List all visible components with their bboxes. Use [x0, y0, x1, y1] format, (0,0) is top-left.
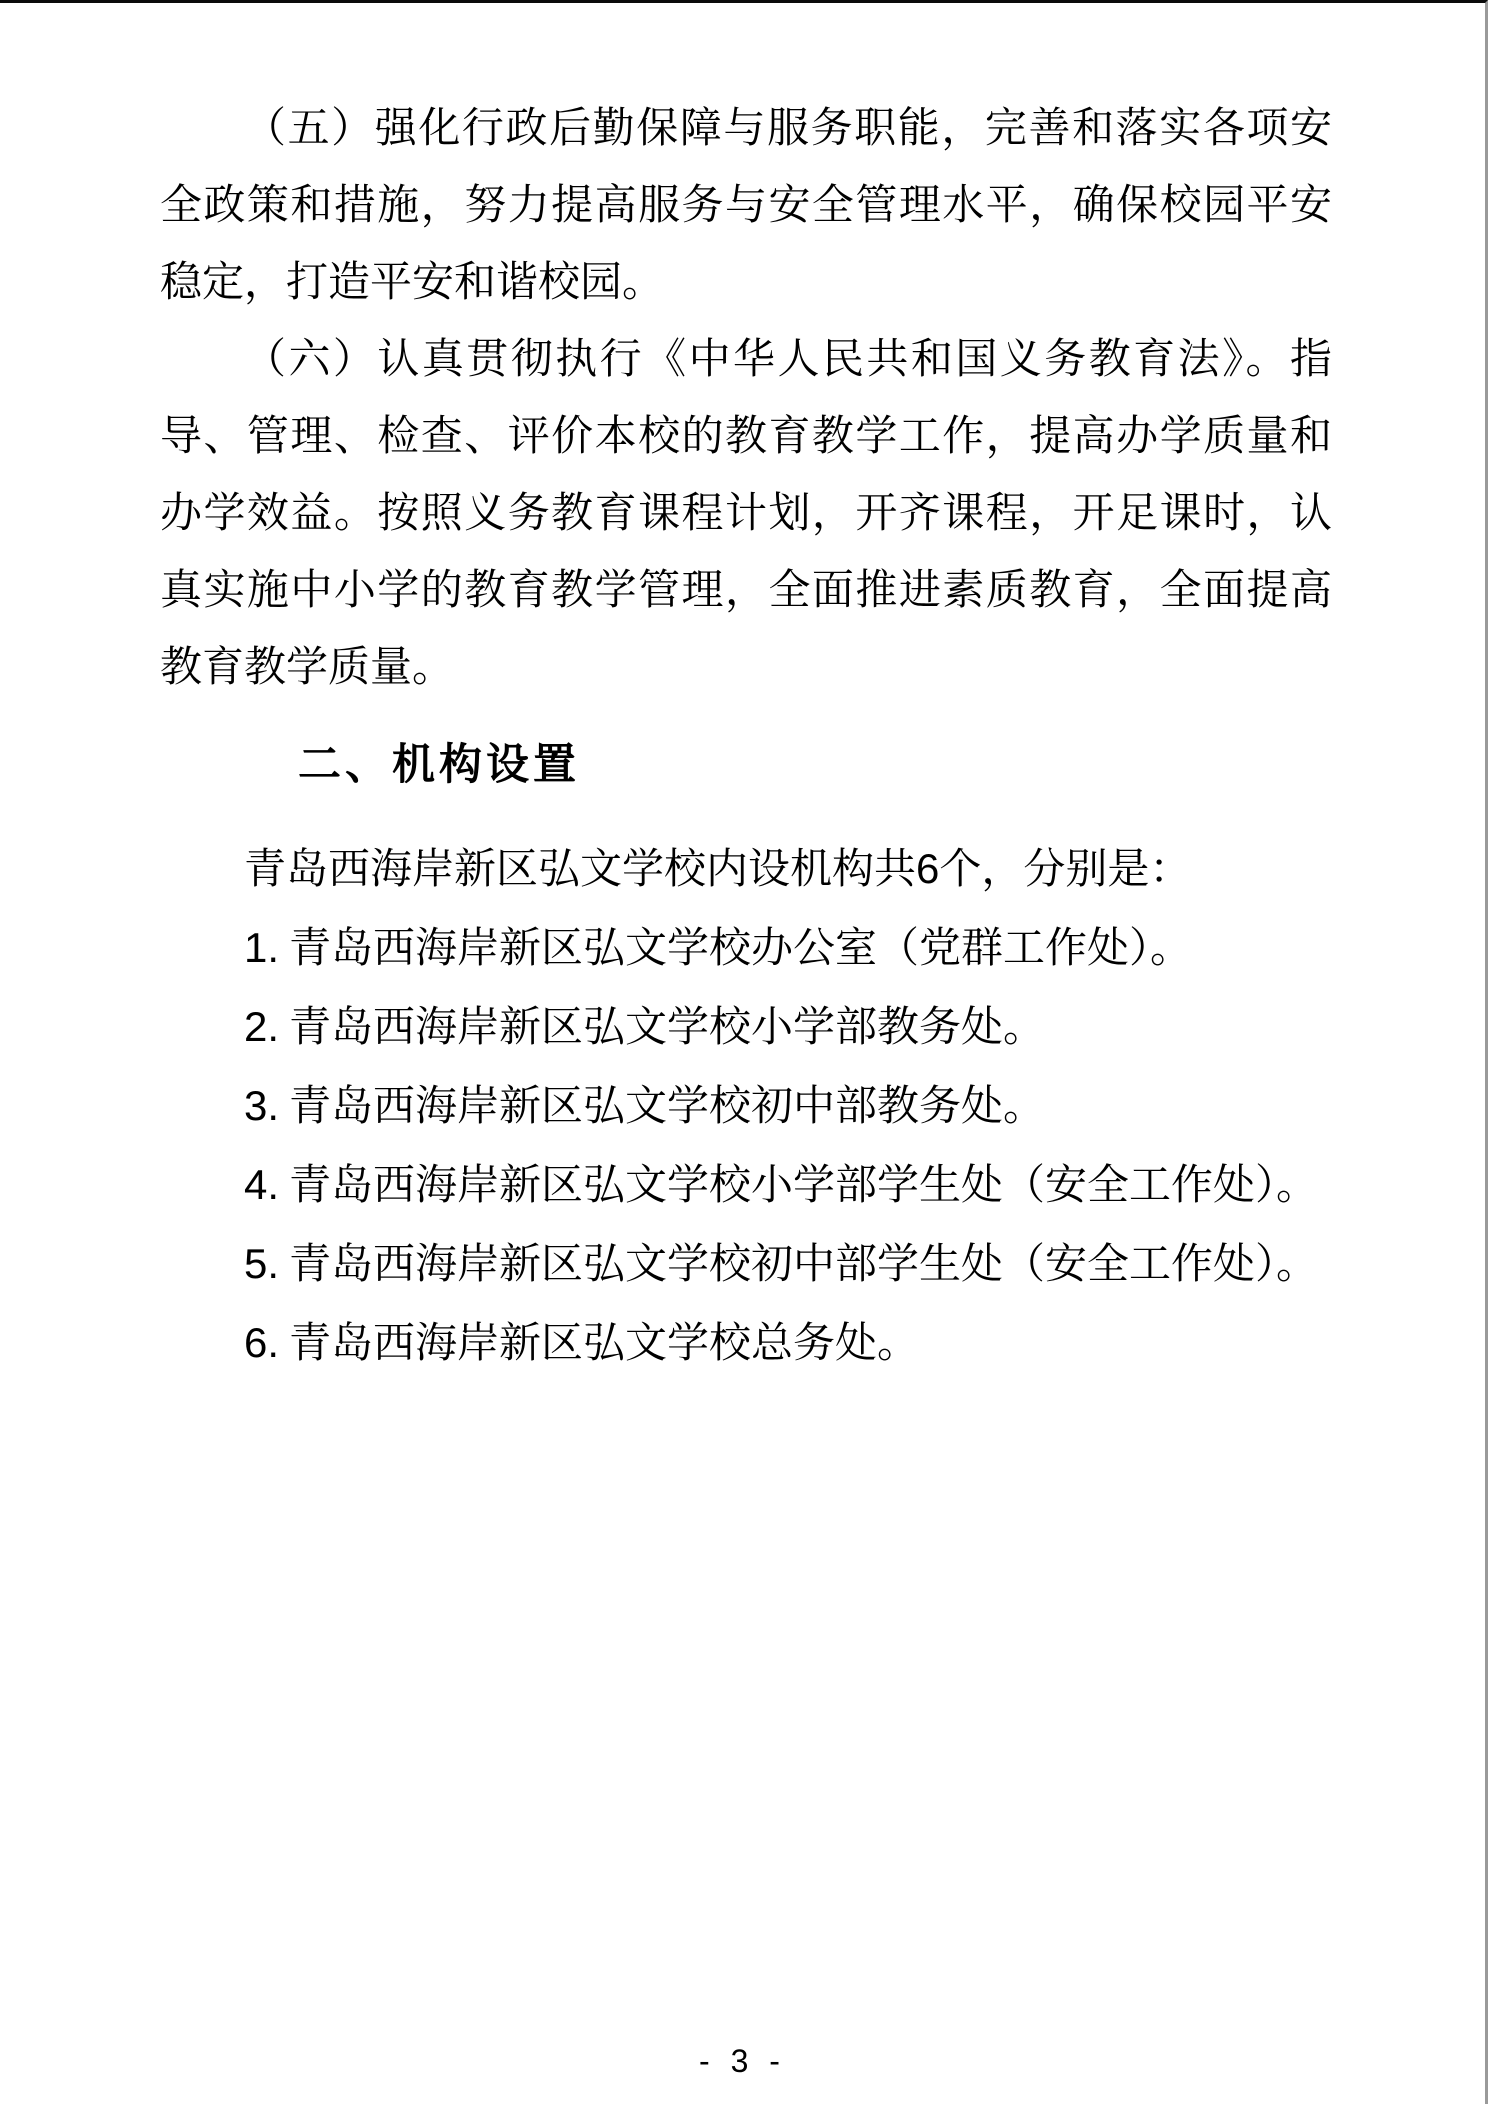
item-text: 青岛西海岸新区弘文学校初中部教务处。 — [289, 1084, 1045, 1130]
paragraph-item-6: （六）认真贯彻执行《中华人民共和国义务教育法》。指导、管理、检查、评价本校的教育… — [160, 322, 1332, 707]
item-number: 1. — [244, 924, 279, 971]
org-intro-suffix: 个，分别是： — [939, 847, 1191, 893]
list-item: 4.青岛西海岸新区弘文学校小学部学生处（安全工作处）。 — [160, 1146, 1332, 1225]
list-item: 1.青岛西海岸新区弘文学校办公室（党群工作处）。 — [160, 909, 1332, 988]
item-text: 青岛西海岸新区弘文学校初中部学生处（安全工作处）。 — [289, 1242, 1318, 1288]
section-heading-organization: 二、机构设置 — [298, 735, 1332, 795]
item-number: 6. — [244, 1319, 279, 1366]
item-number: 3. — [244, 1082, 279, 1129]
paragraph-item-5: （五）强化行政后勤保障与服务职能，完善和落实各项安全政策和措施，努力提高服务与安… — [160, 91, 1332, 322]
item-number: 5. — [244, 1240, 279, 1287]
item-text: 青岛西海岸新区弘文学校小学部学生处（安全工作处）。 — [289, 1163, 1318, 1209]
list-item: 2.青岛西海岸新区弘文学校小学部教务处。 — [160, 988, 1332, 1067]
list-item: 5.青岛西海岸新区弘文学校初中部学生处（安全工作处）。 — [160, 1225, 1332, 1304]
item-text: 青岛西海岸新区弘文学校办公室（党群工作处）。 — [289, 926, 1192, 972]
page-content: （五）强化行政后勤保障与服务职能，完善和落实各项安全政策和措施，努力提高服务与安… — [160, 91, 1332, 1383]
org-count: 6 — [916, 845, 939, 892]
document-page: （五）强化行政后勤保障与服务职能，完善和落实各项安全政策和措施，努力提高服务与安… — [0, 0, 1488, 2104]
list-item: 6.青岛西海岸新区弘文学校总务处。 — [160, 1304, 1332, 1383]
org-intro-paragraph: 青岛西海岸新区弘文学校内设机构共6个，分别是： — [160, 830, 1332, 909]
item-number: 4. — [244, 1161, 279, 1208]
item-text: 青岛西海岸新区弘文学校小学部教务处。 — [289, 1005, 1045, 1051]
item-number: 2. — [244, 1003, 279, 1050]
page-number: - 3 - — [0, 2043, 1485, 2080]
org-intro-prefix: 青岛西海岸新区弘文学校内设机构共 — [244, 847, 916, 893]
list-item: 3.青岛西海岸新区弘文学校初中部教务处。 — [160, 1067, 1332, 1146]
item-text: 青岛西海岸新区弘文学校总务处。 — [289, 1321, 919, 1367]
org-list: 1.青岛西海岸新区弘文学校办公室（党群工作处）。 2.青岛西海岸新区弘文学校小学… — [160, 909, 1332, 1383]
